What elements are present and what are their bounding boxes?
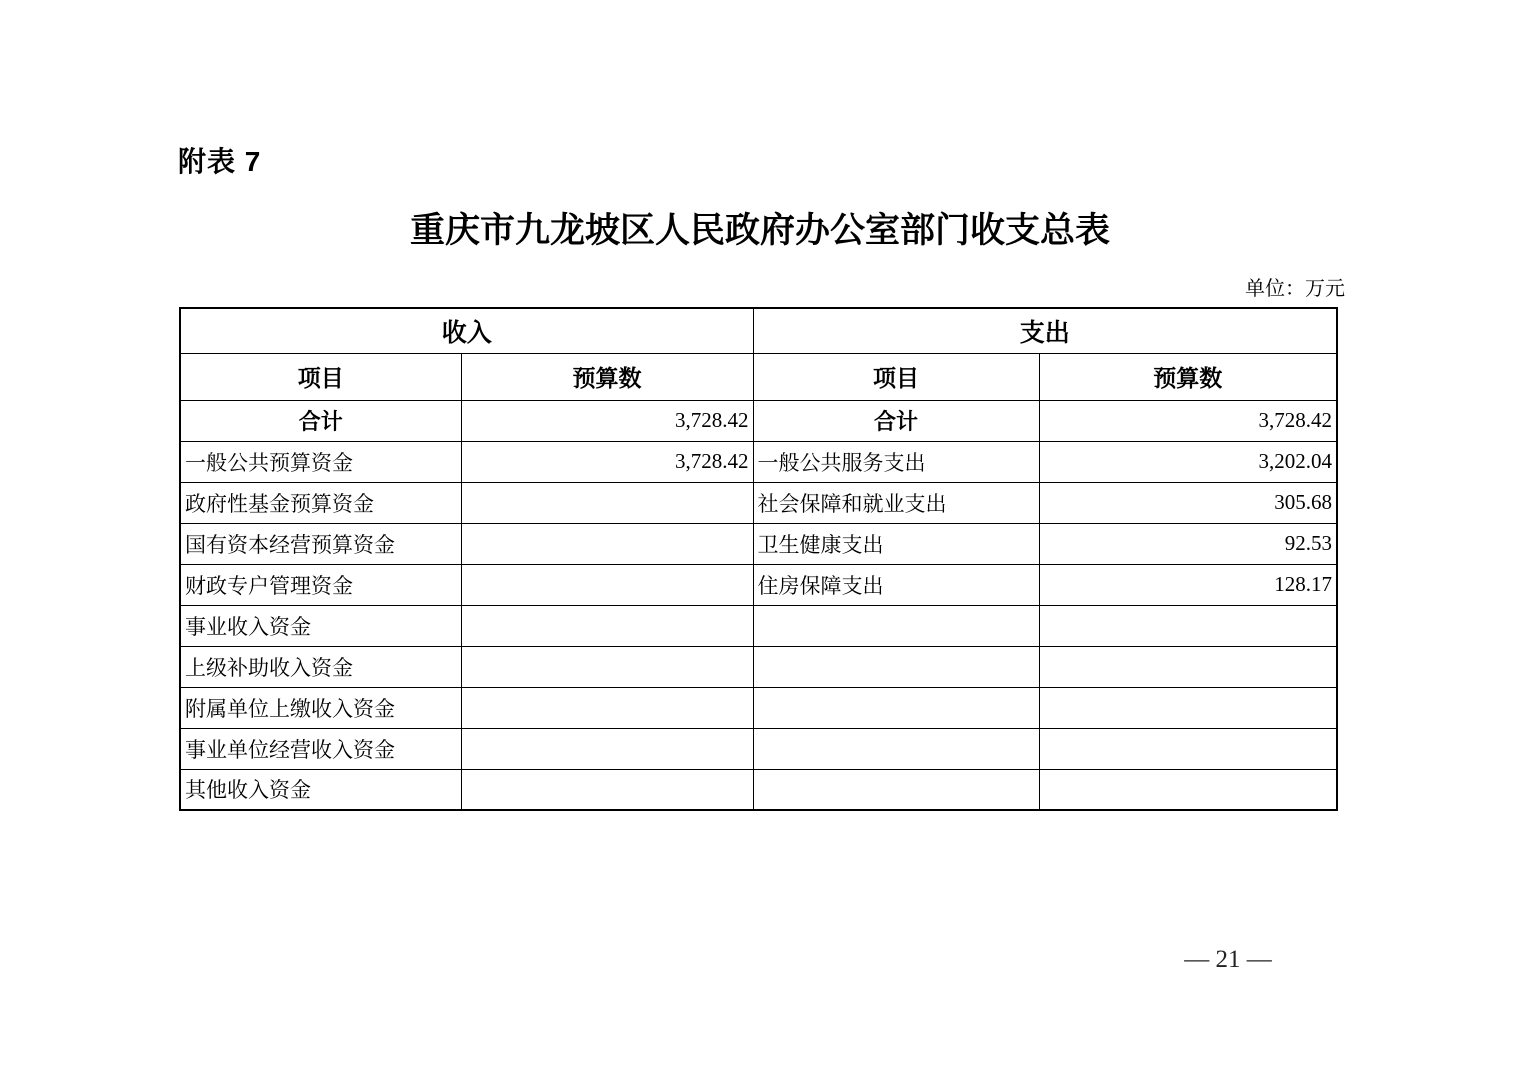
expense-budget-column-header: 预算数 — [1039, 353, 1337, 400]
expense-item-cell — [753, 728, 1039, 769]
expense-budget-cell — [1039, 605, 1337, 646]
expense-budget-cell: 305.68 — [1039, 482, 1337, 523]
income-budget-cell — [461, 523, 753, 564]
expense-budget-cell — [1039, 687, 1337, 728]
expense-budget-cell — [1039, 769, 1337, 810]
table-row: 合计 3,728.42 合计 3,728.42 — [180, 400, 1337, 441]
income-budget-cell — [461, 646, 753, 687]
income-item-cell: 财政专户管理资金 — [180, 564, 461, 605]
table-row: 上级补助收入资金 — [180, 646, 1337, 687]
table-row: 政府性基金预算资金 社会保障和就业支出 305.68 — [180, 482, 1337, 523]
expense-item-cell — [753, 646, 1039, 687]
table-row: 事业收入资金 — [180, 605, 1337, 646]
appendix-label: 附表 7 — [178, 140, 261, 180]
income-item-cell: 一般公共预算资金 — [180, 441, 461, 482]
group-header-row: 收入 支出 — [180, 308, 1337, 353]
expense-item-cell: 住房保障支出 — [753, 564, 1039, 605]
income-budget-cell — [461, 605, 753, 646]
budget-summary-table: 收入 支出 项目 预算数 项目 预算数 合计 3,728.42 合计 3,728… — [179, 307, 1338, 811]
document-page: { "page": { "appendix_label": "附表 7", "t… — [0, 0, 1520, 1074]
table-row: 财政专户管理资金 住房保障支出 128.17 — [180, 564, 1337, 605]
income-item-cell: 附属单位上缴收入资金 — [180, 687, 461, 728]
expense-item-cell: 一般公共服务支出 — [753, 441, 1039, 482]
table-body: 合计 3,728.42 合计 3,728.42 一般公共预算资金 3,728.4… — [180, 400, 1337, 810]
expense-section-header: 支出 — [753, 308, 1337, 353]
sub-header-row: 项目 预算数 项目 预算数 — [180, 353, 1337, 400]
expense-item-cell — [753, 605, 1039, 646]
income-budget-cell: 3,728.42 — [461, 400, 753, 441]
expense-budget-cell: 3,202.04 — [1039, 441, 1337, 482]
unit-label: 单位：万元 — [179, 272, 1345, 301]
income-item-cell: 国有资本经营预算资金 — [180, 523, 461, 564]
page-number: — 21 — — [1128, 946, 1328, 974]
income-item-cell: 上级补助收入资金 — [180, 646, 461, 687]
expense-item-cell: 合计 — [753, 400, 1039, 441]
income-item-cell: 政府性基金预算资金 — [180, 482, 461, 523]
expense-budget-cell — [1039, 728, 1337, 769]
table-row: 事业单位经营收入资金 — [180, 728, 1337, 769]
expense-item-cell — [753, 769, 1039, 810]
expense-budget-cell: 3,728.42 — [1039, 400, 1337, 441]
expense-item-column-header: 项目 — [753, 353, 1039, 400]
expense-item-cell: 卫生健康支出 — [753, 523, 1039, 564]
page-title: 重庆市九龙坡区人民政府办公室部门收支总表 — [0, 203, 1520, 253]
income-budget-cell — [461, 482, 753, 523]
expense-budget-cell: 128.17 — [1039, 564, 1337, 605]
income-section-header: 收入 — [180, 308, 753, 353]
income-budget-column-header: 预算数 — [461, 353, 753, 400]
income-budget-cell: 3,728.42 — [461, 441, 753, 482]
income-item-cell: 事业单位经营收入资金 — [180, 728, 461, 769]
income-budget-cell — [461, 728, 753, 769]
income-budget-cell — [461, 769, 753, 810]
expense-item-cell — [753, 687, 1039, 728]
table-row: 国有资本经营预算资金 卫生健康支出 92.53 — [180, 523, 1337, 564]
income-item-column-header: 项目 — [180, 353, 461, 400]
expense-budget-cell — [1039, 646, 1337, 687]
table-row: 附属单位上缴收入资金 — [180, 687, 1337, 728]
expense-budget-cell: 92.53 — [1039, 523, 1337, 564]
table-row: 一般公共预算资金 3,728.42 一般公共服务支出 3,202.04 — [180, 441, 1337, 482]
income-budget-cell — [461, 687, 753, 728]
income-item-cell: 合计 — [180, 400, 461, 441]
income-item-cell: 事业收入资金 — [180, 605, 461, 646]
income-item-cell: 其他收入资金 — [180, 769, 461, 810]
expense-item-cell: 社会保障和就业支出 — [753, 482, 1039, 523]
table-row: 其他收入资金 — [180, 769, 1337, 810]
income-budget-cell — [461, 564, 753, 605]
